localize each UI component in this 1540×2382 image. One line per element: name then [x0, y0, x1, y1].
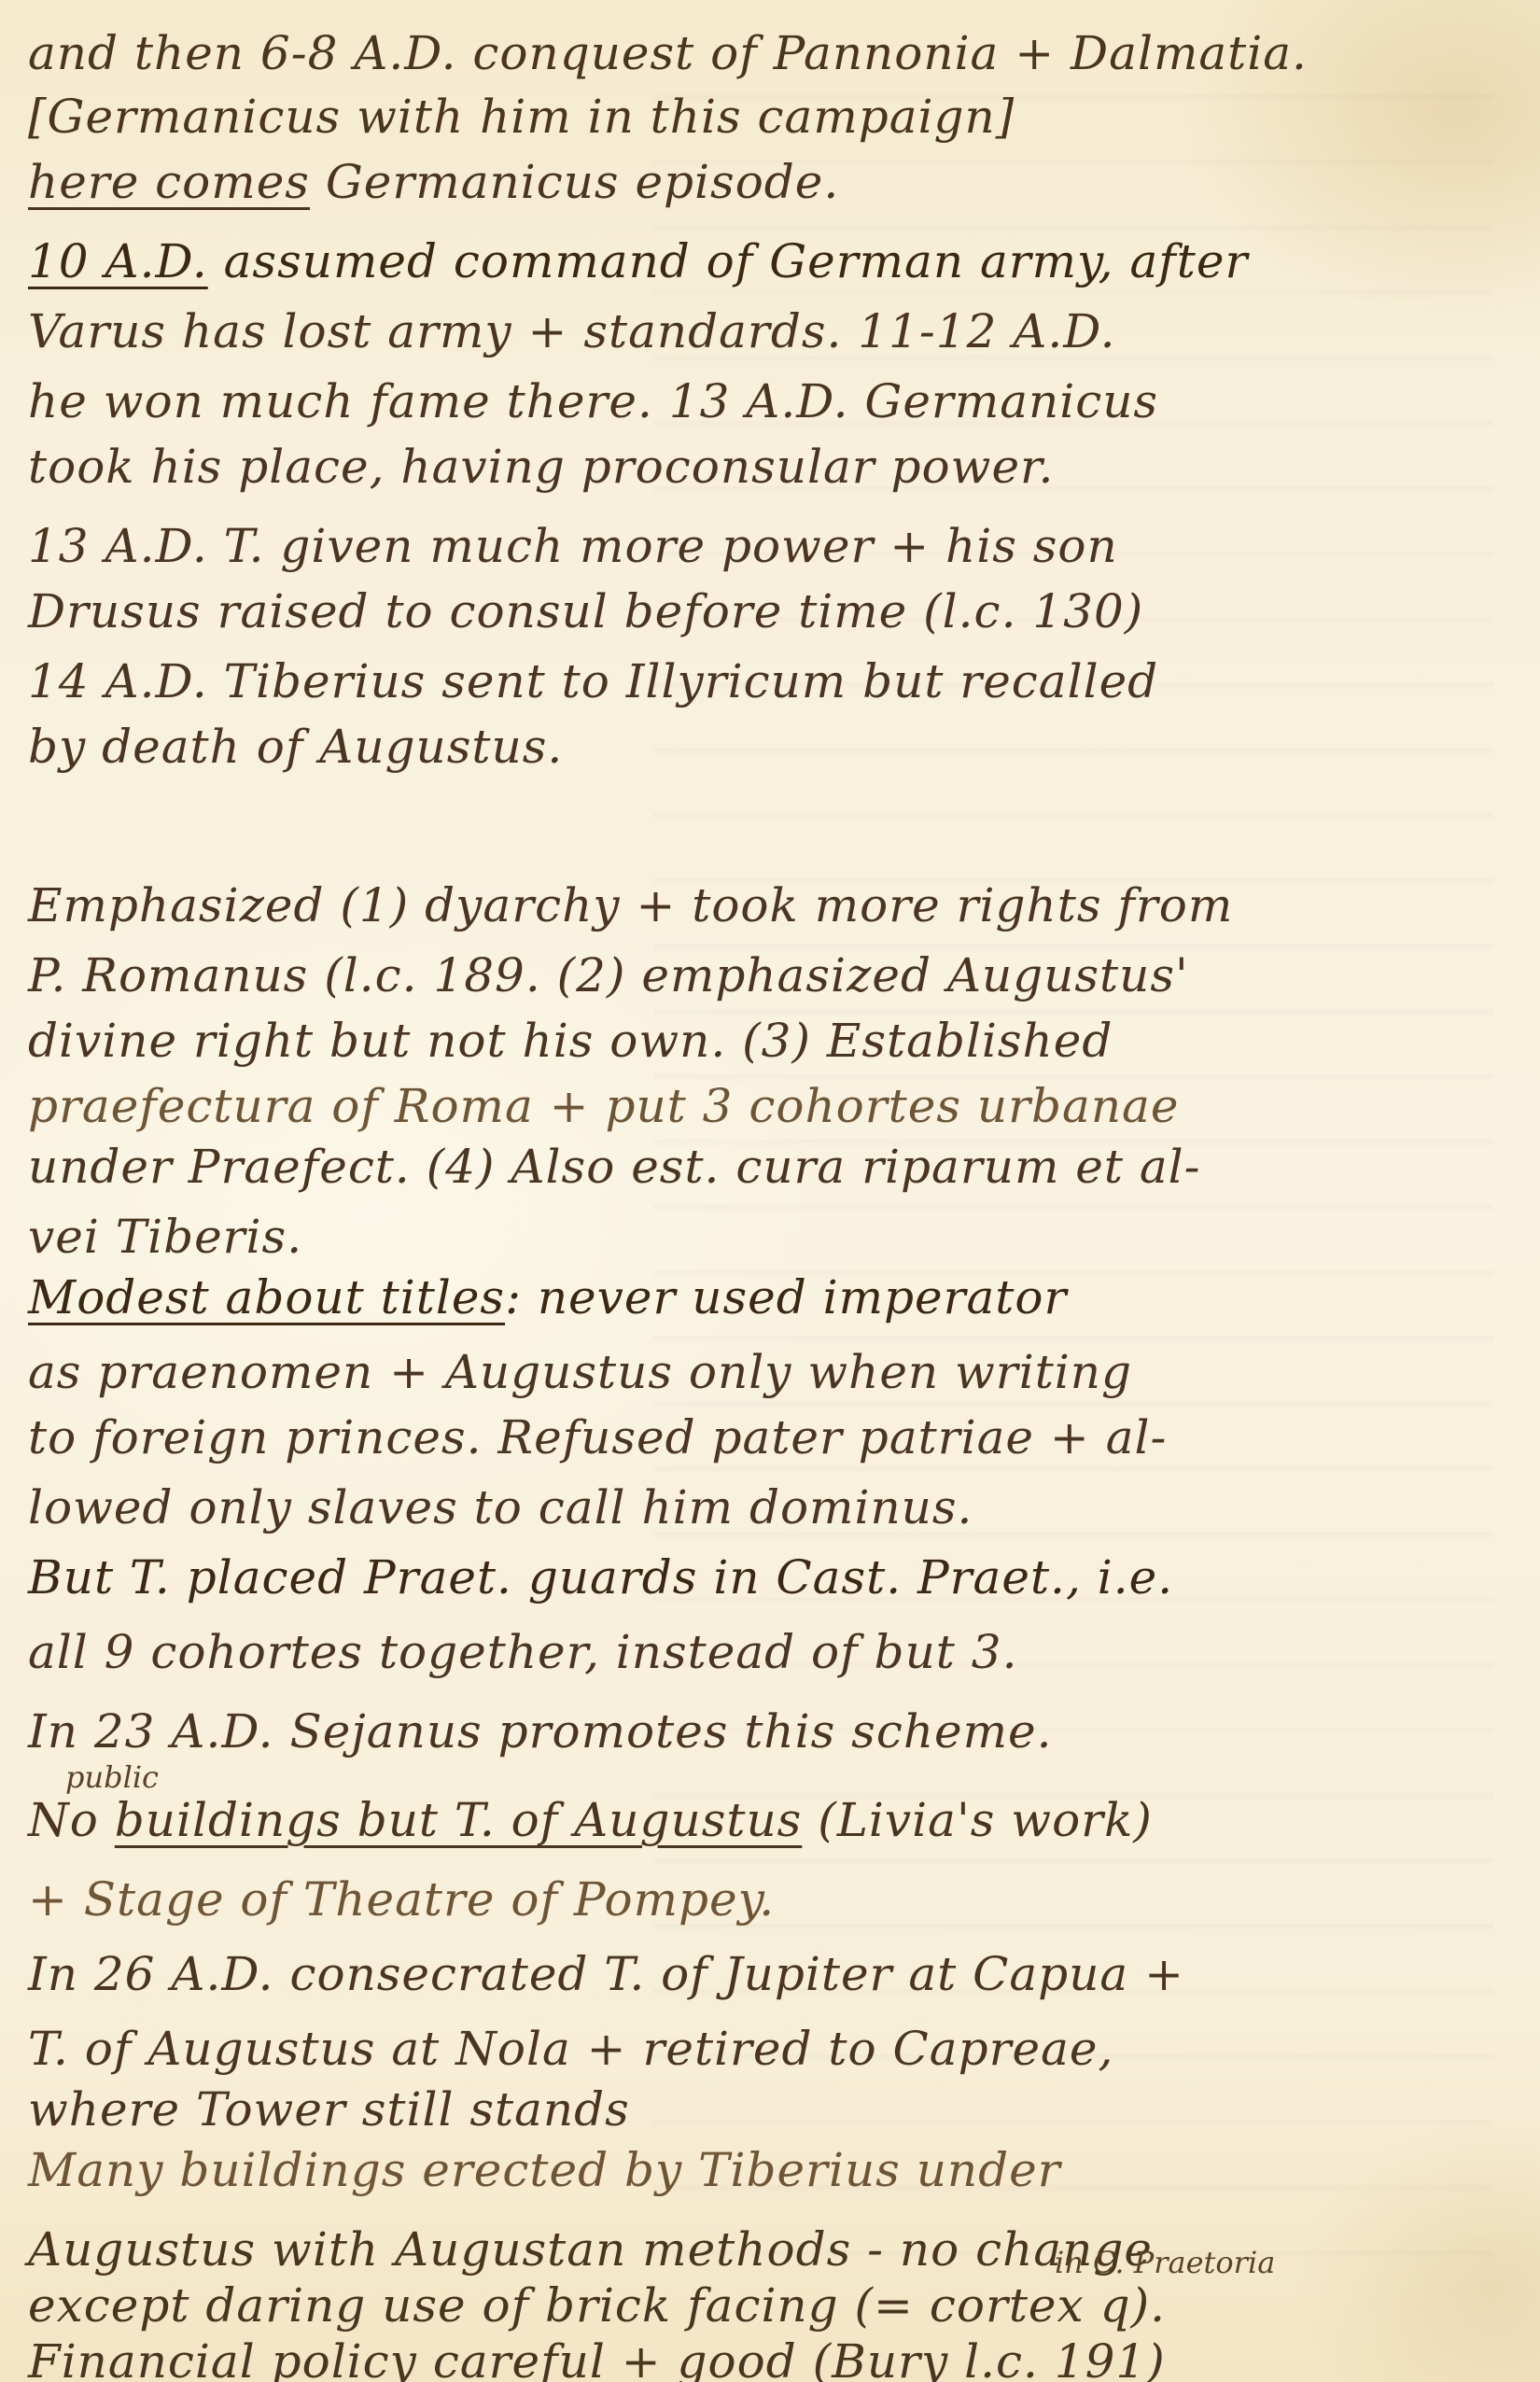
- handwritten-line: Drusus raised to consul before time (l.c…: [28, 588, 1143, 635]
- handwritten-line: here comes Germanicus episode.: [28, 159, 839, 205]
- underlined-phrase: 10 A.D.: [28, 234, 208, 288]
- handwritten-line: as praenomen + Augustus only when writin…: [28, 1349, 1132, 1395]
- handwritten-line: In 26 A.D. consecrated T. of Jupiter at …: [28, 1951, 1184, 1997]
- line-text: assumed command of German army, after: [208, 234, 1249, 288]
- interlinear-insertion: public: [65, 1759, 159, 1795]
- handwritten-line: Modest about titles: never used imperato…: [28, 1274, 1067, 1321]
- notebook-page: and then 6-8 A.D. conquest of Pannonia +…: [0, 0, 1540, 2382]
- handwritten-line: took his place, having proconsular power…: [28, 443, 1054, 490]
- handwritten-line: he won much fame there. 13 A.D. Germanic…: [28, 378, 1158, 425]
- line-text: (Livia's work): [802, 1793, 1153, 1847]
- handwritten-line: T. of Augustus at Nola + retired to Capr…: [28, 2025, 1113, 2072]
- handwritten-line: lowed only slaves to call him dominus.: [28, 1484, 973, 1531]
- handwritten-line: under Praefect. (4) Also est. cura ripar…: [28, 1143, 1201, 1190]
- handwritten-line: No buildings but T. of Augustus (Livia's…: [28, 1797, 1153, 1843]
- handwritten-line: [Germanicus with him in this campaign]: [28, 93, 1015, 140]
- handwritten-line: But T. placed Praet. guards in Cast. Pra…: [28, 1554, 1173, 1601]
- handwritten-line: P. Romanus (l.c. 189. (2) emphasized Aug…: [28, 952, 1189, 999]
- handwritten-line: and then 6-8 A.D. conquest of Pannonia +…: [28, 30, 1308, 77]
- underlined-phrase: here comes: [28, 155, 310, 209]
- handwritten-line: 13 A.D. T. given much more power + his s…: [28, 523, 1118, 569]
- underlined-phrase: Modest about titles: [28, 1270, 505, 1324]
- handwritten-line: where Tower still stands: [28, 2086, 630, 2133]
- handwritten-line: 10 A.D. assumed command of German army, …: [28, 238, 1248, 285]
- handwritten-line: Many buildings erected by Tiberius under: [28, 2147, 1061, 2193]
- interlinear-insertion: in C. Praetoria: [1055, 2245, 1275, 2280]
- handwritten-line: Augustus with Augustan methods - no chan…: [28, 2226, 1153, 2273]
- handwritten-line: Varus has lost army + standards. 11-12 A…: [28, 308, 1116, 355]
- line-text: No: [28, 1793, 115, 1847]
- handwritten-line: except daring use of brick facing (= cor…: [28, 2282, 1166, 2329]
- handwritten-line: all 9 cohortes together, instead of but …: [28, 1629, 1017, 1675]
- handwritten-line: In 23 A.D. Sejanus promotes this scheme.: [28, 1708, 1053, 1755]
- underlined-phrase: buildings but T. of Augustus: [115, 1793, 803, 1847]
- line-text: Germanicus episode.: [310, 155, 839, 209]
- handwritten-line: Emphasized (1) dyarchy + took more right…: [28, 882, 1233, 929]
- line-text: : never used imperator: [505, 1270, 1067, 1324]
- handwritten-line: to foreign princes. Refused pater patria…: [28, 1414, 1167, 1461]
- handwritten-line: Financial policy careful + good (Bury l.…: [28, 2338, 1166, 2382]
- handwritten-line: divine right but not his own. (3) Establ…: [28, 1017, 1113, 1064]
- handwritten-line: 14 A.D. Tiberius sent to Illyricum but r…: [28, 658, 1158, 705]
- handwritten-line: vei Tiberis.: [28, 1213, 302, 1260]
- handwritten-line: by death of Augustus.: [28, 723, 563, 770]
- handwritten-line: praefectura of Roma + put 3 cohortes urb…: [28, 1083, 1179, 1129]
- handwritten-line: + Stage of Theatre of Pompey.: [28, 1876, 775, 1923]
